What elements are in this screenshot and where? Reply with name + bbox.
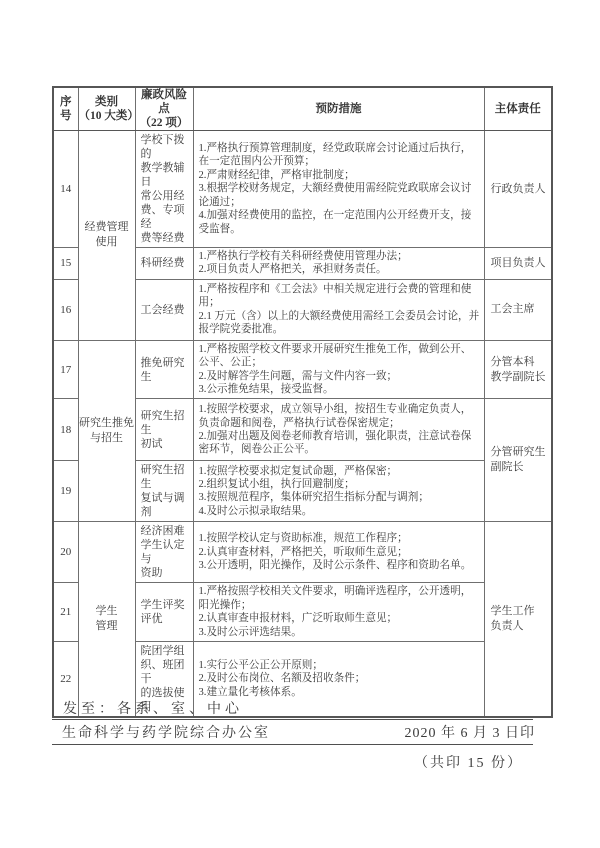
risk-cell: 研究生招生 初试 [135, 399, 193, 461]
col-header-category: 类别 （10 大类） [78, 87, 135, 131]
measures-cell: 1.按照学校要求，成立领导小组，按招生专业确定负责人，负责命题和阅卷，严格执行试… [193, 399, 484, 461]
integrity-risk-table: 序 号 类别 （10 大类） 廉政风险点 （22 项） 预防措施 主体责任 14… [52, 86, 553, 718]
seq-cell: 15 [53, 248, 78, 280]
risk-cell: 科研经费 [135, 248, 193, 280]
print-date: 2020 年 6 月 3 日印 [405, 722, 536, 742]
seq-cell: 14 [53, 131, 78, 248]
col-header-measures: 预防措施 [193, 87, 484, 131]
measures-cell: 1.严格执行学校有关科研经费使用管理办法； 2.项目负责人严格把关，承担财务责任… [193, 248, 484, 280]
seq-cell: 18 [53, 399, 78, 461]
responsibility-cell: 分管研究生 副院长 [484, 399, 552, 522]
table-row: 14 经费管理 使用 学校下拨的 教学教辅日 常公用经 费、专项经 费等经费 1… [53, 131, 552, 248]
category-cell: 经费管理 使用 [78, 131, 135, 341]
distribution-line: 发至：各系、室、中心 [63, 698, 243, 718]
footer-divider-bottom [52, 744, 533, 745]
measures-cell: 1.按照学校认定与资助标准，规范工作程序； 2.认真审查材料，严格把关，听取师生… [193, 522, 484, 583]
responsibility-cell: 学生工作 负责人 [484, 522, 552, 717]
risk-cell: 研究生招生 复试与调剂 [135, 461, 193, 522]
table-row: 17 研究生推免 与招生 推免研究生 1.严格按照学校文件要求开展研究生推免工作… [53, 340, 552, 399]
col-header-responsibility: 主体责任 [484, 87, 552, 131]
responsibility-cell: 项目负责人 [484, 248, 552, 280]
col-header-risk: 廉政风险点 （22 项） [135, 87, 193, 131]
seq-cell: 21 [53, 583, 78, 642]
risk-cell: 经济困难 学生认定与 资助 [135, 522, 193, 583]
seq-cell: 17 [53, 340, 78, 399]
category-cell: 研究生推免 与招生 [78, 340, 135, 522]
measures-cell: 1.严格执行预算管理制度，经党政联席会讨论通过后执行，在一定范围内公开预算； 2… [193, 131, 484, 248]
responsibility-cell: 行政负责人 [484, 131, 552, 248]
risk-cell: 推免研究生 [135, 340, 193, 399]
document-page: 序 号 类别 （10 大类） 廉政风险点 （22 项） 预防措施 主体责任 14… [0, 0, 600, 848]
category-cell: 学生 管理 [78, 522, 135, 717]
issuing-office: 生命科学与药学院综合办公室 [62, 722, 270, 742]
seq-cell: 16 [53, 279, 78, 340]
col-header-seq: 序 号 [53, 87, 78, 131]
risk-cell: 学生评奖 评优 [135, 583, 193, 642]
responsibility-cell: 分管本科 教学副院长 [484, 340, 552, 399]
footer-office-row: 生命科学与药学院综合办公室 2020 年 6 月 3 日印 [62, 722, 535, 742]
seq-cell: 20 [53, 522, 78, 583]
table-header-row: 序 号 类别 （10 大类） 廉政风险点 （22 项） 预防措施 主体责任 [53, 87, 552, 131]
risk-cell: 工会经费 [135, 279, 193, 340]
measures-cell: 1.严格按程序和《工会法》中相关规定进行会费的管理和使用； 2.1 万元（含）以… [193, 279, 484, 340]
seq-cell: 19 [53, 461, 78, 522]
measures-cell: 1.严格按照学校相关文件要求，明确评选程序，公开透明，阳光操作； 2.认真审查申… [193, 583, 484, 642]
risk-cell: 学校下拨的 教学教辅日 常公用经 费、专项经 费等经费 [135, 131, 193, 248]
measures-cell: 1.按照学校要求拟定复试命题，严格保密； 2.组织复试小组，执行回避制度； 3.… [193, 461, 484, 522]
copies-count: （共印 15 份） [414, 752, 523, 772]
footer-divider-top [52, 719, 533, 720]
table-row: 20 学生 管理 经济困难 学生认定与 资助 1.按照学校认定与资助标准，规范工… [53, 522, 552, 583]
responsibility-cell: 工会主席 [484, 279, 552, 340]
measures-cell: 1.严格按照学校文件要求开展研究生推免工作，做到公开、公平、公正； 2.及时解答… [193, 340, 484, 399]
